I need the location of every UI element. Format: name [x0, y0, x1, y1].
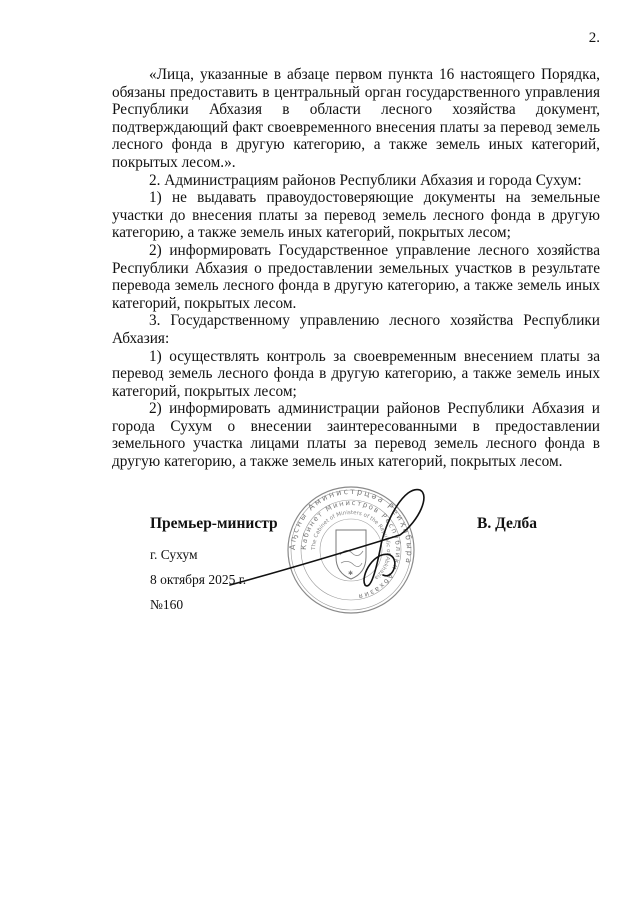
paragraph-item-2: 2. Администрациям районов Республики Абх…: [112, 172, 600, 190]
paragraph-item-3: 3. Государственному управлению лесного х…: [112, 312, 600, 347]
signatory-name: В. Делба: [477, 515, 537, 533]
paragraph-item-2-2: 2) информировать Государственное управле…: [112, 242, 600, 312]
document-number: №160: [150, 597, 183, 613]
document-date: 8 октября 2025 г.: [150, 572, 246, 588]
paragraph-quote: «Лица, указанные в абзаце первом пункта …: [112, 66, 600, 172]
signatory-title: Премьер-министр: [150, 515, 278, 533]
paragraph-item-3-2: 2) информировать администрации районов Р…: [112, 400, 600, 470]
page-number: 2.: [589, 30, 600, 47]
signature-block: Премьер-министр В. Делба г. Сухум 8 октя…: [150, 515, 590, 635]
document-body: «Лица, указанные в абзаце первом пункта …: [112, 66, 600, 471]
paragraph-item-3-1: 1) осуществлять контроль за своевременны…: [112, 348, 600, 401]
document-city: г. Сухум: [150, 547, 198, 563]
paragraph-item-2-1: 1) не выдавать правоудостоверяющие докум…: [112, 189, 600, 242]
